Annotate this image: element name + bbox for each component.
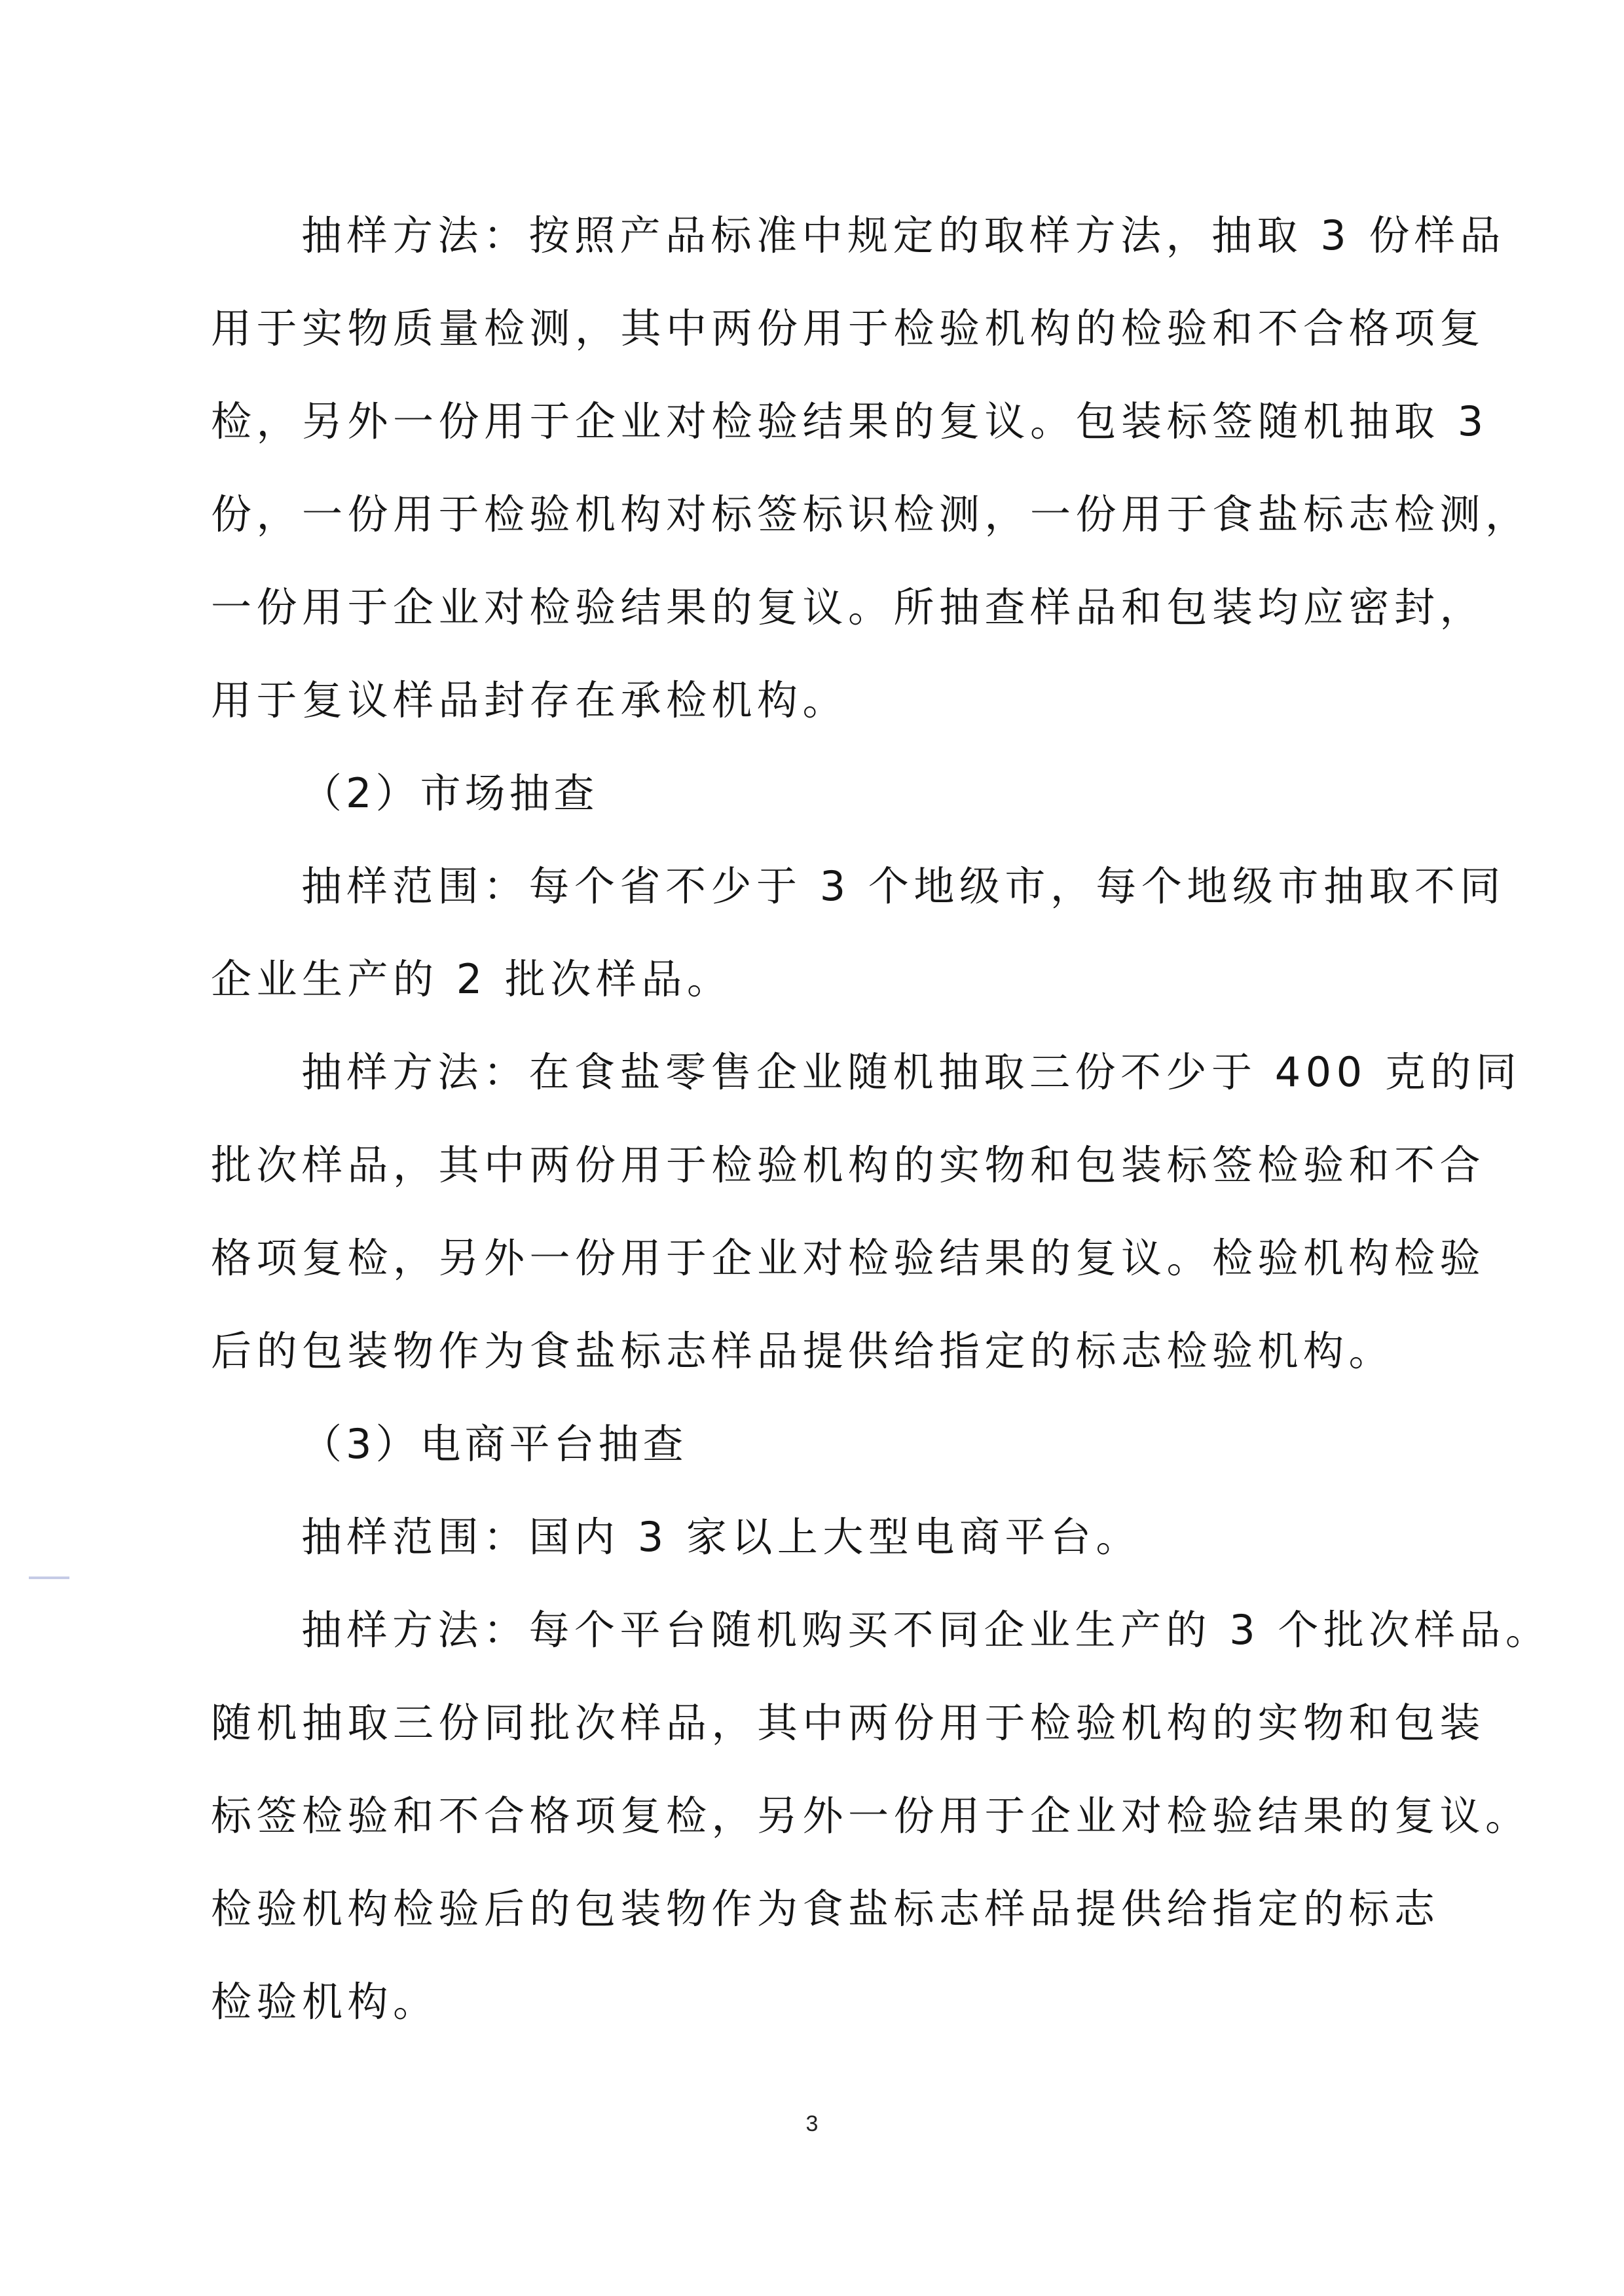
- paragraph-line: 一份用于企业对检验结果的复议。所抽查样品和包装均应密封，: [211, 581, 1416, 634]
- paragraph-line: 标签检验和不合格项复检，另外一份用于企业对检验结果的复议。: [211, 1790, 1416, 1842]
- paragraph-line: 抽样方法：在食盐零售企业随机抽取三份不少于 400 克的同: [301, 1046, 1414, 1099]
- paragraph-line: 用于实物质量检测，其中两份用于检验机构的检验和不合格项复: [211, 302, 1416, 355]
- paragraph-line: 后的包装物作为食盐标志样品提供给指定的标志检验机构。: [211, 1325, 1416, 1377]
- paragraph-line: 抽样范围：国内 3 家以上大型电商平台。: [301, 1511, 1414, 1563]
- paragraph-line: 抽样方法：按照产品标准中规定的取样方法，抽取 3 份样品: [301, 210, 1414, 262]
- scan-margin-mark: [29, 1576, 69, 1579]
- paragraph-line: 格项复检，另外一份用于企业对检验结果的复议。检验机构检验: [211, 1232, 1416, 1285]
- paragraph-line: 随机抽取三份同批次样品，其中两份用于检验机构的实物和包装: [211, 1697, 1416, 1749]
- paragraph-line: 检验机构。: [211, 1976, 1416, 2028]
- document-page: 抽样方法：按照产品标准中规定的取样方法，抽取 3 份样品 用于实物质量检测，其中…: [0, 0, 1624, 2296]
- paragraph-line: 检，另外一份用于企业对检验结果的复议。包装标签随机抽取 3: [211, 395, 1416, 448]
- paragraph-line: 批次样品，其中两份用于检验机构的实物和包装标签检验和不合: [211, 1139, 1416, 1192]
- paragraph-line: 抽样方法：每个平台随机购买不同企业生产的 3 个批次样品。: [301, 1604, 1414, 1656]
- paragraph-line: 检验机构检验后的包装物作为食盐标志样品提供给指定的标志: [211, 1883, 1416, 1935]
- paragraph-line: 份，一份用于检验机构对标签标识检测，一份用于食盐标志检测，: [211, 488, 1416, 541]
- paragraph-line: 抽样范围：每个省不少于 3 个地级市，每个地级市抽取不同: [301, 860, 1414, 913]
- section-heading-market: （2）市场抽查: [301, 767, 1506, 820]
- paragraph-line: 企业生产的 2 批次样品。: [211, 953, 1416, 1006]
- section-heading-ecommerce: （3）电商平台抽查: [301, 1418, 1506, 1470]
- paragraph-line: 用于复议样品封存在承检机构。: [211, 674, 1416, 727]
- page-number: 3: [0, 2111, 1624, 2137]
